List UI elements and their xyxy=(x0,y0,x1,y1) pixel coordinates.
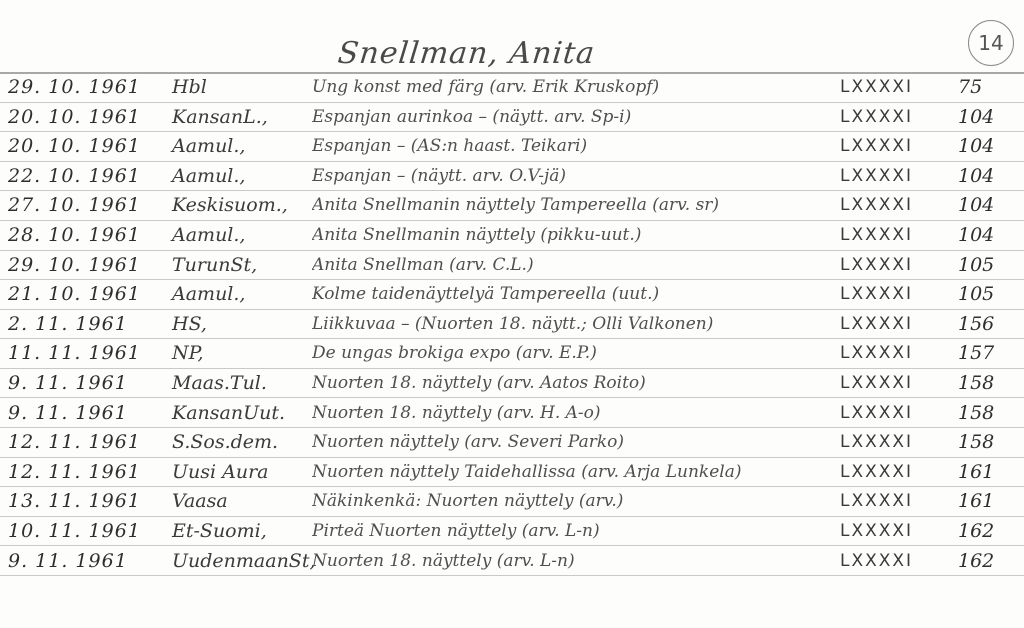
entry-newspaper: Aamul., xyxy=(172,221,312,250)
entry-date: 22. 10. 1961 xyxy=(8,162,168,191)
entry-page: 104 xyxy=(958,162,1018,191)
entry-page: 158 xyxy=(958,399,1018,428)
entry-newspaper: Vaasa xyxy=(172,487,312,516)
entry-page: 162 xyxy=(958,517,1018,546)
clipping-entry: 20. 10. 1961 KansanL., Espanjan aurinkoa… xyxy=(0,102,1024,132)
entry-title: Ung konst med färg (arv. Erik Kruskopf) xyxy=(312,73,832,102)
entry-newspaper: Et-Suomi, xyxy=(172,517,312,546)
entry-title: Espanjan aurinkoa – (näytt. arv. Sp-i) xyxy=(312,103,832,132)
entry-page: 158 xyxy=(958,428,1018,457)
entry-date: 28. 10. 1961 xyxy=(8,221,168,250)
entry-date: 12. 11. 1961 xyxy=(8,428,168,457)
entry-title: Espanjan – (AS:n haast. Teikari) xyxy=(312,132,832,161)
entry-volume: LXXXXI xyxy=(840,73,930,102)
entry-volume: LXXXXI xyxy=(840,221,930,250)
entry-page: 158 xyxy=(958,369,1018,398)
clipping-list: 29. 10. 1961 Hbl Ung konst med färg (arv… xyxy=(0,72,1024,575)
entry-title: Anita Snellmanin näyttely (pikku-uut.) xyxy=(312,221,832,250)
entry-title: Anita Snellmanin näyttely Tampereella (a… xyxy=(312,191,832,220)
entry-volume: LXXXXI xyxy=(840,280,930,309)
entry-page: 161 xyxy=(958,487,1018,516)
entry-newspaper: HS, xyxy=(172,310,312,339)
entry-newspaper: Aamul., xyxy=(172,162,312,191)
entry-title: Nuorten näyttely (arv. Severi Parko) xyxy=(312,428,832,457)
entry-page: 104 xyxy=(958,191,1018,220)
entry-page: 104 xyxy=(958,103,1018,132)
entry-title: Kolme taidenäyttelyä Tampereella (uut.) xyxy=(312,280,832,309)
entry-volume: LXXXXI xyxy=(840,162,930,191)
clipping-entry: 12. 11. 1961 Uusi Aura Nuorten näyttely … xyxy=(0,457,1024,487)
clipping-entry: 22. 10. 1961 Aamul., Espanjan – (näytt. … xyxy=(0,161,1024,191)
entry-newspaper: Keskisuom., xyxy=(172,191,312,220)
card-number-text: 14 xyxy=(978,31,1003,55)
entry-date: 29. 10. 1961 xyxy=(8,73,168,102)
entry-volume: LXXXXI xyxy=(840,428,930,457)
entry-volume: LXXXXI xyxy=(840,547,930,576)
clipping-entry: 11. 11. 1961 NP, De ungas brokiga expo (… xyxy=(0,338,1024,368)
entry-date: 11. 11. 1961 xyxy=(8,339,168,368)
entry-newspaper: KansanUut. xyxy=(172,399,312,428)
entry-page: 105 xyxy=(958,251,1018,280)
entry-title: Liikkuvaa – (Nuorten 18. näytt.; Olli Va… xyxy=(312,310,832,339)
entry-title: De ungas brokiga expo (arv. E.P.) xyxy=(312,339,832,368)
entry-newspaper: TurunSt, xyxy=(172,251,312,280)
clipping-entry: 9. 11. 1961 KansanUut. Nuorten 18. näytt… xyxy=(0,398,1024,428)
entry-date: 9. 11. 1961 xyxy=(8,399,168,428)
entry-volume: LXXXXI xyxy=(840,458,930,487)
entry-date: 9. 11. 1961 xyxy=(8,547,168,576)
entry-volume: LXXXXI xyxy=(840,369,930,398)
entry-date: 2. 11. 1961 xyxy=(8,310,168,339)
clipping-entry: 10. 11. 1961 Et-Suomi, Pirteä Nuorten nä… xyxy=(0,516,1024,546)
entry-page: 105 xyxy=(958,280,1018,309)
entry-page: 104 xyxy=(958,132,1018,161)
entry-title: Nuorten 18. näyttely (arv. Aatos Roito) xyxy=(312,369,832,398)
entry-newspaper: UudenmaanSt, xyxy=(172,547,312,576)
entry-newspaper: Maas.Tul. xyxy=(172,369,312,398)
entry-date: 20. 10. 1961 xyxy=(8,132,168,161)
circled-card-number: 14 xyxy=(968,20,1014,66)
clipping-entry: 29. 10. 1961 TurunSt, Anita Snellman (ar… xyxy=(0,250,1024,280)
entry-title: Nuorten 18. näyttely (arv. H. A-o) xyxy=(312,399,832,428)
entry-volume: LXXXXI xyxy=(840,339,930,368)
entry-date: 29. 10. 1961 xyxy=(8,251,168,280)
entry-volume: LXXXXI xyxy=(840,103,930,132)
clipping-entry: 27. 10. 1961 Keskisuom., Anita Snellmani… xyxy=(0,190,1024,220)
entry-page: 157 xyxy=(958,339,1018,368)
entry-newspaper: KansanL., xyxy=(172,103,312,132)
entry-title: Nuorten 18. näyttely (arv. L-n) xyxy=(312,547,832,576)
clipping-entry: 13. 11. 1961 Vaasa Näkinkenkä: Nuorten n… xyxy=(0,486,1024,516)
index-card: Snellman, Anita 14 29. 10. 1961 Hbl Ung … xyxy=(0,0,1024,628)
entry-volume: LXXXXI xyxy=(840,310,930,339)
entry-title: Pirteä Nuorten näyttely (arv. L-n) xyxy=(312,517,832,546)
entry-newspaper: Hbl xyxy=(172,73,312,102)
entry-volume: LXXXXI xyxy=(840,251,930,280)
entry-volume: LXXXXI xyxy=(840,487,930,516)
entry-date: 10. 11. 1961 xyxy=(8,517,168,546)
entry-date: 13. 11. 1961 xyxy=(8,487,168,516)
entry-title: Espanjan – (näytt. arv. O.V-jä) xyxy=(312,162,832,191)
entry-volume: LXXXXI xyxy=(840,191,930,220)
entry-page: 104 xyxy=(958,221,1018,250)
entry-title: Anita Snellman (arv. C.L.) xyxy=(312,251,832,280)
entry-newspaper: Uusi Aura xyxy=(172,458,312,487)
clipping-entry: 9. 11. 1961 Maas.Tul. Nuorten 18. näytte… xyxy=(0,368,1024,398)
clipping-entry: 21. 10. 1961 Aamul., Kolme taidenäyttely… xyxy=(0,279,1024,309)
clipping-entry: 12. 11. 1961 S.Sos.dem. Nuorten näyttely… xyxy=(0,427,1024,457)
entry-page: 156 xyxy=(958,310,1018,339)
entry-title: Nuorten näyttely Taidehallissa (arv. Arj… xyxy=(312,458,832,487)
entry-date: 21. 10. 1961 xyxy=(8,280,168,309)
entry-volume: LXXXXI xyxy=(840,517,930,546)
entry-date: 12. 11. 1961 xyxy=(8,458,168,487)
entry-newspaper: Aamul., xyxy=(172,280,312,309)
entry-volume: LXXXXI xyxy=(840,132,930,161)
clipping-entry: 9. 11. 1961 UudenmaanSt, Nuorten 18. näy… xyxy=(0,546,1024,576)
entry-newspaper: S.Sos.dem. xyxy=(172,428,312,457)
entry-date: 9. 11. 1961 xyxy=(8,369,168,398)
entry-page: 75 xyxy=(958,73,1018,102)
entry-title: Näkinkenkä: Nuorten näyttely (arv.) xyxy=(312,487,832,516)
entry-date: 20. 10. 1961 xyxy=(8,103,168,132)
clipping-entry: 28. 10. 1961 Aamul., Anita Snellmanin nä… xyxy=(0,220,1024,250)
entry-newspaper: Aamul., xyxy=(172,132,312,161)
clipping-entry: 20. 10. 1961 Aamul., Espanjan – (AS:n ha… xyxy=(0,131,1024,161)
entry-page: 162 xyxy=(958,547,1018,576)
entry-volume: LXXXXI xyxy=(840,399,930,428)
clipping-entry: 2. 11. 1961 HS, Liikkuvaa – (Nuorten 18.… xyxy=(0,309,1024,339)
clipping-entry: 29. 10. 1961 Hbl Ung konst med färg (arv… xyxy=(0,72,1024,102)
card-title: Snellman, Anita xyxy=(336,36,597,71)
entry-page: 161 xyxy=(958,458,1018,487)
entry-date: 27. 10. 1961 xyxy=(8,191,168,220)
entry-newspaper: NP, xyxy=(172,339,312,368)
